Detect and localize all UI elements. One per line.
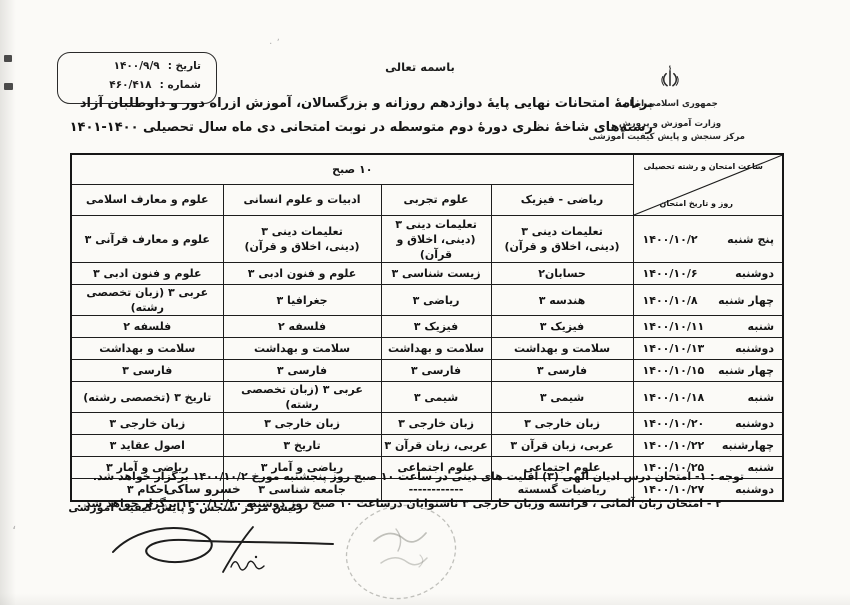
day-label: شنبه [748,390,774,405]
subject-cell: سلامت و بهداشت [491,338,633,360]
corner-header-cell: ساعت امتحان و رشته تحصیلی روز و تاریخ ام… [633,154,783,216]
doc-title-line2: رشته‌های شاخهٔ نظری دورهٔ دوم متوسطه در … [108,116,653,140]
subject-cell: سلامت و بهداشت [71,338,223,360]
day-date-cell: دوشنبه۱۴۰۰/۱۰/۶ [633,263,783,285]
doc-title-line1: برنامهٔ امتحانات نهایی پایهٔ دوازدهم روز… [108,92,653,116]
subject-cell: علوم و معارف قرآنی ۳ [71,216,223,263]
subject-cell: فیزیک ۳ [491,316,633,338]
subject-cell: حسابان۲ [491,263,633,285]
day-date-cell: دوشنبه۱۴۰۰/۱۰/۱۳ [633,338,783,360]
signatory-title: رئیس مرکز سنجش و پایش کیفیت آموزشی [103,501,303,514]
subject-cell: فارسی ۳ [381,360,491,382]
day-label: دوشنبه [735,341,774,356]
day-label: شنبه [748,460,774,475]
scan-artifact [4,55,12,62]
signature-block: خسرو ساکی رئیس مرکز سنجش و پایش کیفیت آم… [103,482,303,514]
scan-artifact [4,83,13,90]
number-value: ۴۶۰/۴۱۸ [109,79,151,91]
subject-cell: عربی، زبان قرآن ۳ [381,435,491,457]
subject-cell: تعلیمات دینی ۳ (دینی، اخلاق و قرآن) [381,216,491,263]
subject-cell: شیمی ۳ [491,382,633,413]
day-label: چهار شنبه [718,363,774,378]
subject-cell: تعلیمات دینی ۳ (دینی، اخلاق و قرآن) [223,216,381,263]
day-date-cell: چهار شنبه۱۴۰۰/۱۰/۱۵ [633,360,783,382]
table-row: دوشنبه۱۴۰۰/۱۰/۱۳ سلامت و بهداشت سلامت و … [71,338,783,360]
subject-cell: علوم و فنون ادبی ۳ [71,263,223,285]
subject-cell: تاریخ ۳ (تخصصی رشته) [71,382,223,413]
day-date-cell: دوشنبه۱۴۰۰/۱۰/۲۰ [633,413,783,435]
subject-cell: فلسفه ۲ [71,316,223,338]
subject-cell: زبان خارجی ۳ [223,413,381,435]
day-label: دوشنبه [735,266,774,281]
subject-cell: ریاضی ۳ [381,285,491,316]
table-row: شنبه۱۴۰۰/۱۰/۱۸ شیمی ۳ شیمی ۳ عربی ۳ (زبا… [71,382,783,413]
exam-time-header: ۱۰ صبح [71,154,633,184]
exam-schedule-table: ساعت امتحان و رشته تحصیلی روز و تاریخ ام… [70,153,784,502]
subject-cell: زبان خارجی ۳ [381,413,491,435]
subject-cell: اصول عقاید ۳ [71,435,223,457]
day-date-cell: شنبه۱۴۰۰/۱۰/۱۸ [633,382,783,413]
subject-cell: عربی، زبان قرآن ۳ [491,435,633,457]
subject-cell: عربی ۳ (زبان تخصصی رشته) [71,285,223,316]
day-date-cell: پنج شنبه۱۴۰۰/۱۰/۲ [633,216,783,263]
scanned-exam-schedule-document: { "colors": { "ink": "#1c1c1c", "paper":… [0,0,850,605]
subject-cell: فلسفه ۲ [223,316,381,338]
table-row: دوشنبه۱۴۰۰/۱۰/۲۰ زبان خارجی ۳ زبان خارجی… [71,413,783,435]
subject-cell: علوم و فنون ادبی ۳ [223,263,381,285]
column-header-math-physics: ریاضی - فیزیک [491,184,633,215]
subject-cell: سلامت و بهداشت [381,338,491,360]
corner-top-label: ساعت امتحان و رشته تحصیلی [644,159,763,174]
table-row: دوشنبه۱۴۰۰/۱۰/۶ حسابان۲ زیست شناسی ۳ علو… [71,263,783,285]
date-label: ۱۴۰۰/۱۰/۱۱ [643,319,705,334]
date-value: ۱۴۰۰/۹/۹ [114,60,160,72]
subject-cell: فیزیک ۳ [381,316,491,338]
subject-cell: فارسی ۳ [491,360,633,382]
subject-cell: زیست شناسی ۳ [381,263,491,285]
date-label: ۱۴۰۰/۱۰/۲۲ [643,438,705,453]
column-header-islamic-studies: علوم و معارف اسلامی [71,184,223,215]
scan-speckle: ٬ ٠ [268,38,280,49]
subject-cell: زبان خارجی ۳ [71,413,223,435]
date-label: ۱۴۰۰/۱۰/۸ [643,293,698,308]
date-label: ۱۴۰۰/۱۰/۶ [643,266,698,281]
day-label: چهارشنبه [722,438,774,453]
day-date-cell: شنبه۱۴۰۰/۱۰/۱۱ [633,316,783,338]
letter-date-row: تاریخ : ۱۴۰۰/۹/۹ [68,60,201,72]
handwritten-signature [105,514,340,579]
day-label: شنبه [748,319,774,334]
subject-cell: زبان خارجی ۳ [491,413,633,435]
date-label: ۱۴۰۰/۱۰/۱۳ [643,341,705,356]
subject-cell: سلامت و بهداشت [223,338,381,360]
date-label: ۱۴۰۰/۱۰/۲۰ [643,416,705,431]
table-row: چهارشنبه۱۴۰۰/۱۰/۲۲ عربی، زبان قرآن ۳ عرب… [71,435,783,457]
subject-cell: جغرافیا ۳ [223,285,381,316]
table-row: شنبه۱۴۰۰/۱۰/۱۱ فیزیک ۳ فیزیک ۳ فلسفه ۲ ف… [71,316,783,338]
letter-number-row: شماره : ۴۶۰/۴۱۸ [68,79,201,91]
scan-speckle: ، [12,518,16,533]
date-label: ۱۴۰۰/۱۰/۲ [643,232,698,247]
official-stamp [336,500,466,605]
date-label: ۱۴۰۰/۱۰/۱۵ [643,363,705,378]
subject-cell: شیمی ۳ [381,382,491,413]
corner-bottom-label: روز و تاریخ امتحان [660,196,733,211]
subject-cell: تاریخ ۳ [223,435,381,457]
day-label: پنج شنبه [727,232,774,247]
subject-cell: تعلیمات دینی ۳ (دینی، اخلاق و قرآن) [491,216,633,263]
document-title: برنامهٔ امتحانات نهایی پایهٔ دوازدهم روز… [108,92,653,140]
day-label: دوشنبه [735,416,774,431]
table-row: چهار شنبه۱۴۰۰/۱۰/۱۵ فارسی ۳ فارسی ۳ فارس… [71,360,783,382]
subject-cell: عربی ۳ (زبان تخصصی رشته) [223,382,381,413]
subject-cell: فارسی ۳ [223,360,381,382]
day-date-cell: چهار شنبه۱۴۰۰/۱۰/۸ [633,285,783,316]
subject-cell: هندسه ۳ [491,285,633,316]
table-row: چهار شنبه۱۴۰۰/۱۰/۸ هندسه ۳ ریاضی ۳ جغراف… [71,285,783,316]
date-label: ۱۴۰۰/۱۰/۱۸ [643,390,705,405]
signatory-name: خسرو ساکی [103,482,303,496]
bismillah-text: باسمه تعالی [385,60,455,74]
day-date-cell: چهارشنبه۱۴۰۰/۱۰/۲۲ [633,435,783,457]
subject-cell: فارسی ۳ [71,360,223,382]
day-label: چهار شنبه [718,293,774,308]
date-label: تاریخ : [168,60,201,72]
number-label: شماره : [160,79,201,91]
column-header-literature-humanities: ادبیات و علوم انسانی [223,184,381,215]
table-header-row-time: ساعت امتحان و رشته تحصیلی روز و تاریخ ام… [71,154,783,184]
iran-emblem-icon [658,84,682,94]
column-header-experimental-sciences: علوم تجربی [381,184,491,215]
table-row: پنج شنبه۱۴۰۰/۱۰/۲ تعلیمات دینی ۳ (دینی، … [71,216,783,263]
